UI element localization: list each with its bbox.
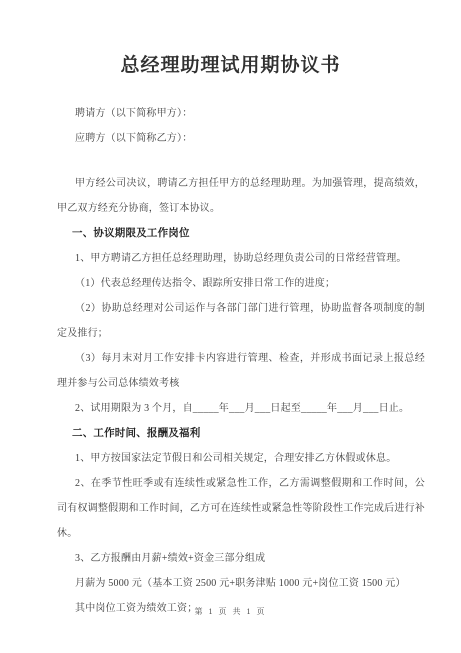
paragraph: （3）每月末对月工作安排卡内容进行管理、检查，并形成书面记录上报总经理并参与公司… [57, 346, 425, 396]
paragraph: 1、甲方按国家法定节假日和公司相关规定，合理安排乙方休假或休息。 [57, 446, 425, 471]
document-body: 聘请方（以下简称甲方）：应聘方（以下简称乙方）：甲方经公司决议，聘请乙方担任甲方… [57, 101, 425, 621]
section-heading: 二、工作时间、报酬及福利 [57, 421, 425, 446]
paragraph: 3、乙方报酬由月薪+绩效+资金三部分组成 [57, 546, 425, 571]
paragraph: 1、甲方聘请乙方担任总经理助理，协助总经理负责公司的日常经营管理。 [57, 246, 425, 271]
document-title: 总经理助理试用期协议书 [36, 53, 425, 79]
paragraph: 聘请方（以下简称甲方）： [57, 101, 425, 126]
spacer [57, 151, 425, 171]
paragraph: （2）协助总经理对公司运作与各部门部门进行管理，协助监督各项制度的制定及推行； [57, 296, 425, 346]
paragraph: 2、在季节性旺季或有连续性或紧急性工作，乙方需调整假期和工作时间，公司有权调整假… [57, 471, 425, 546]
paragraph: （1）代表总经理传达指令、跟踪所安排日常工作的进度； [57, 271, 425, 296]
paragraph: 2、试用期限为 3 个月，自_____年___月___日起至_____年___月… [57, 396, 425, 421]
page-number-footer: 第 1 页 共 1 页 [0, 606, 461, 617]
paragraph: 应聘方（以下简称乙方）： [57, 126, 425, 151]
paragraph: 甲方经公司决议，聘请乙方担任甲方的总经理助理。为加强管理，提高绩效，甲乙双方经充… [57, 171, 425, 221]
section-heading: 一、协议期限及工作岗位 [57, 221, 425, 246]
document-page: 总经理助理试用期协议书 聘请方（以下简称甲方）：应聘方（以下简称乙方）：甲方经公… [0, 0, 461, 653]
paragraph: 月薪为 5000 元（基本工资 2500 元+职务津贴 1000 元+岗位工资 … [57, 571, 425, 596]
